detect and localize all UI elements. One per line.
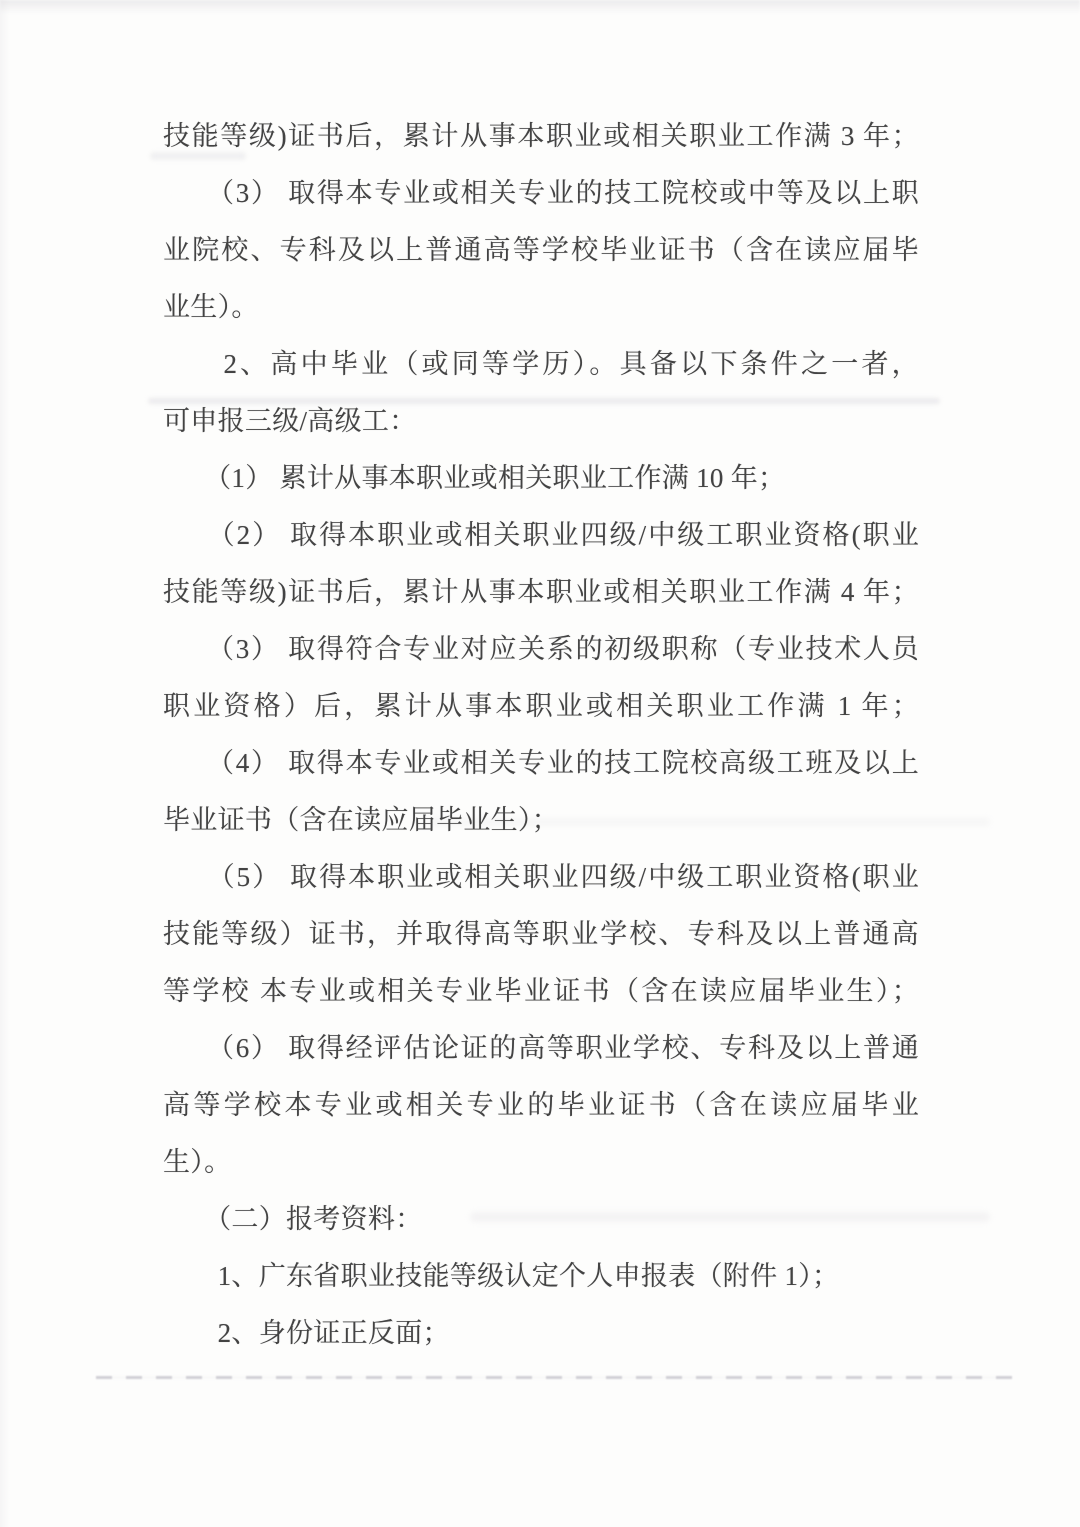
text-line: （6） 取得经评估论证的高等职业学校、专科及以上普通 bbox=[163, 1020, 919, 1077]
document-page: 技能等级)证书后，累计从事本职业或相关职业工作满 3 年； （3） 取得本专业或… bbox=[0, 0, 1080, 1527]
text-line: 业院校、专科及以上普通高等学校毕业证书（含在读应届毕 bbox=[163, 222, 919, 279]
text-line: 业生）。 bbox=[163, 279, 919, 336]
text-line: （5） 取得本职业或相关职业四级/中级工职业资格(职业 bbox=[163, 849, 919, 906]
text-line: （4） 取得本专业或相关专业的技工院校高级工班及以上 bbox=[163, 735, 919, 792]
text-line: 技能等级）证书，并取得高等职业学校、专科及以上普通高 bbox=[163, 906, 919, 963]
text-line: 高等学校本专业或相关专业的毕业证书（含在读应届毕业 bbox=[163, 1077, 919, 1134]
scan-artifact-bottom-line bbox=[96, 1376, 1012, 1379]
text-line: 1、广东省职业技能等级认定个人申报表（附件 1）； bbox=[163, 1248, 919, 1305]
text-line: 职业资格）后，累计从事本职业或相关职业工作满 1 年； bbox=[163, 678, 919, 735]
text-line: 2、身份证正反面； bbox=[163, 1305, 919, 1362]
text-line: 2、高中毕业（或同等学历）。具备以下条件之一者， bbox=[163, 336, 919, 393]
text-line: 生）。 bbox=[163, 1134, 919, 1191]
scan-edge-shading-top bbox=[0, 0, 1080, 14]
text-line: （1） 累计从事本职业或相关职业工作满 10 年； bbox=[163, 450, 919, 507]
text-line: （3） 取得本专业或相关专业的技工院校或中等及以上职 bbox=[163, 165, 919, 222]
text-line: 毕业证书（含在读应届毕业生）； bbox=[163, 792, 919, 849]
document-body: 技能等级)证书后，累计从事本职业或相关职业工作满 3 年； （3） 取得本专业或… bbox=[163, 108, 919, 1362]
text-line: 技能等级)证书后，累计从事本职业或相关职业工作满 4 年； bbox=[163, 564, 919, 621]
text-line: （2） 取得本职业或相关职业四级/中级工职业资格(职业 bbox=[163, 507, 919, 564]
text-line: （3） 取得符合专业对应关系的初级职称（专业技术人员 bbox=[163, 621, 919, 678]
text-line: （二）报考资料： bbox=[163, 1191, 919, 1248]
text-line: 可申报三级/高级工： bbox=[163, 393, 919, 450]
text-line: 技能等级)证书后，累计从事本职业或相关职业工作满 3 年； bbox=[163, 108, 919, 165]
text-line: 等学校 本专业或相关专业毕业证书（含在读应届毕业生）； bbox=[163, 963, 919, 1020]
scan-edge-shading-left bbox=[0, 0, 10, 1527]
